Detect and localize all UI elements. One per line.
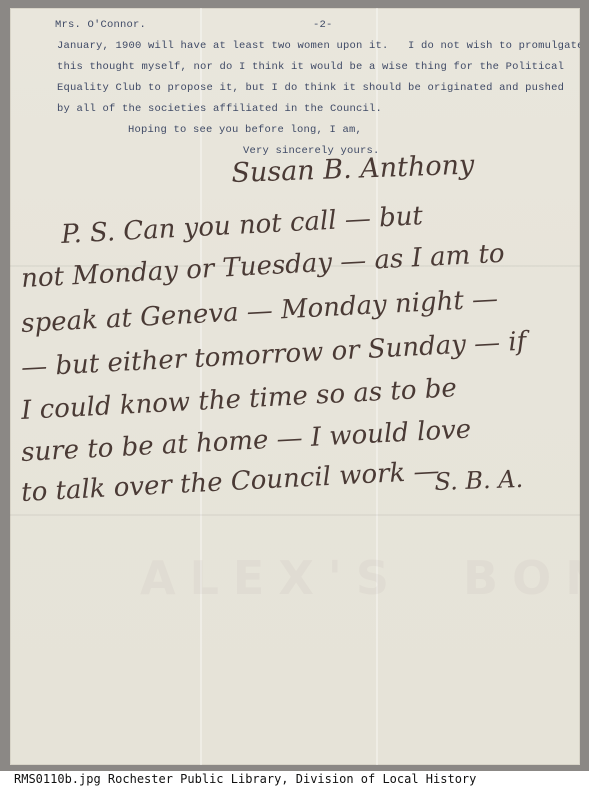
postscript-initials: S. B. A. [434,465,524,496]
closing-line: Hoping to see you before long, I am, [128,124,362,136]
body-line: Equality Club to propose it, but I do th… [57,82,564,94]
image-caption: RMS0110b.jpg Rochester Public Library, D… [14,772,476,786]
paper-watermark: ALEX'S BOND [140,551,580,605]
body-line: January, 1900 will have at least two wom… [57,40,580,52]
postscript-line: P. S. Can you not call — but [60,201,423,250]
recipient-header: Mrs. O'Connor. [55,19,146,31]
body-line: this thought myself, nor do I think it w… [57,61,564,73]
page-number: -2- [313,19,333,31]
letter-page: ALEX'S BOND Mrs. O'Connor. -2- January, … [10,8,580,765]
body-line: by all of the societies affiliated in th… [57,103,382,115]
fold-line [10,514,580,516]
